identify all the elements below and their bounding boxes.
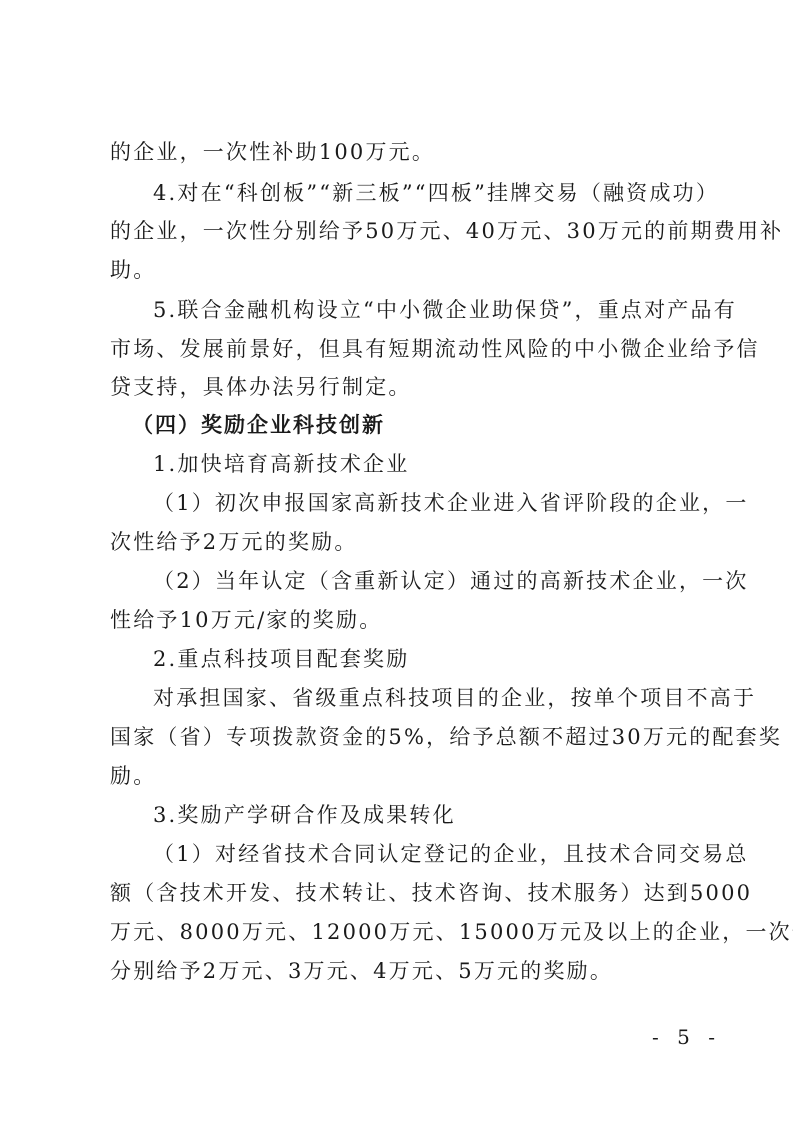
paragraph-line: （1）对经省技术合同认定登记的企业，且技术合同交易总 — [153, 841, 743, 867]
paragraph-line: 万元、8000万元、12000万元、15000万元及以上的企业，一次性 — [110, 919, 700, 945]
paragraph-line: 国家（省）专项拨款资金的5%，给予总额不超过30万元的配套奖 — [110, 724, 700, 750]
paragraph-line: 分别给予2万元、3万元、4万元、5万元的奖励。 — [110, 958, 700, 984]
paragraph-line: 的企业，一次性补助100万元。 — [110, 139, 700, 165]
paragraph-line: 次性给予2万元的奖励。 — [110, 529, 700, 555]
paragraph-line: （2）当年认定（含重新认定）通过的高新技术企业，一次 — [153, 568, 743, 594]
paragraph-line: （1）初次申报国家高新技术企业进入省评阶段的企业，一 — [153, 490, 743, 516]
document-page: 的企业，一次性补助100万元。 4.对在“科创板”“新三板”“四板”挂牌交易（融… — [0, 0, 793, 1121]
paragraph-line: 性给予10万元/家的奖励。 — [110, 607, 700, 633]
page-number: - 5 - — [652, 1025, 721, 1049]
paragraph-line: 的企业，一次性分别给予50万元、40万元、30万元的前期费用补 — [110, 218, 700, 244]
paragraph-line: 额（含技术开发、技术转让、技术咨询、技术服务）达到5000 — [110, 880, 700, 906]
paragraph-line: 贷支持，具体办法另行制定。 — [110, 374, 700, 400]
subsection-heading: 3.奖励产学研合作及成果转化 — [153, 802, 743, 828]
paragraph-line: 4.对在“科创板”“新三板”“四板”挂牌交易（融资成功） — [153, 180, 743, 206]
paragraph-line: 对承担国家、省级重点科技项目的企业，按单个项目不高于 — [153, 685, 743, 711]
section-heading: （四）奖励企业科技创新 — [132, 412, 722, 438]
subsection-heading: 1.加快培育高新技术企业 — [153, 451, 743, 477]
paragraph-line: 市场、发展前景好，但具有短期流动性风险的中小微企业给予信 — [110, 336, 700, 362]
paragraph-line: 励。 — [110, 763, 700, 789]
subsection-heading: 2.重点科技项目配套奖励 — [153, 646, 743, 672]
paragraph-line: 5.联合金融机构设立“中小微企业助保贷”，重点对产品有 — [153, 297, 743, 323]
paragraph-line: 助。 — [110, 257, 700, 283]
